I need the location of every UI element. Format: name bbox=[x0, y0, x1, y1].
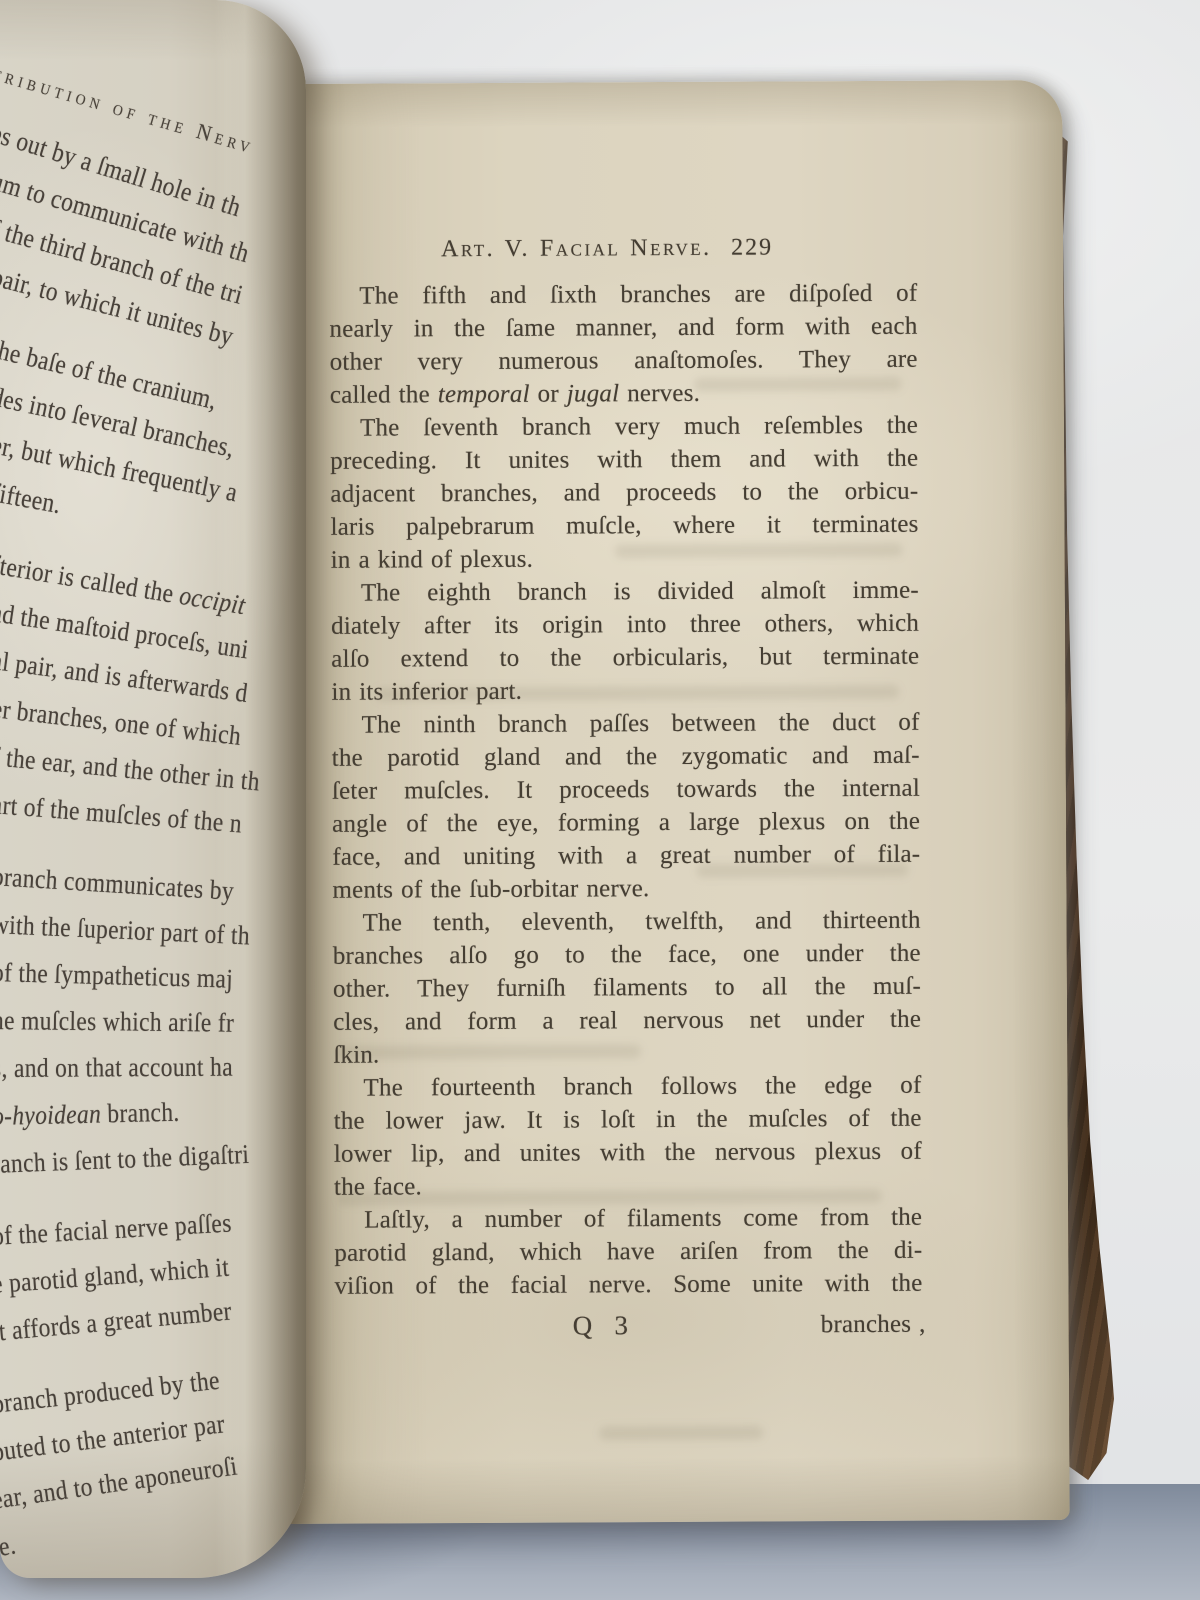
right-page-text-line: The ninth branch paſſes between the duct… bbox=[332, 706, 920, 742]
right-page-text-line: the lower jaw. It is loſt in the muſcles… bbox=[334, 1102, 922, 1138]
right-page-text-line: ments of the ſub-orbitar nerve. bbox=[332, 871, 920, 907]
right-page-text-line: adjacent branches, and proceeds to the o… bbox=[330, 475, 918, 511]
right-page-text-line: alſo extend to the orbicularis, but term… bbox=[331, 640, 919, 676]
right-page-text-line: Laſtly, a number of filaments come from … bbox=[334, 1201, 922, 1237]
right-page-footer: Q 3 branches , bbox=[335, 1308, 923, 1357]
right-page-text-line: The eighth branch is divided almoſt imme… bbox=[331, 574, 919, 610]
text-segment: called the bbox=[330, 381, 438, 409]
right-page-text-line: branches alſo go to the face, one under … bbox=[333, 937, 921, 973]
italic-term: jugal bbox=[567, 380, 620, 407]
right-page-text-line: other. They furniſh filaments to all the… bbox=[333, 970, 921, 1006]
right-page-text-line: angle of the eye, forming a large plexus… bbox=[332, 805, 920, 841]
right-page-text-line: lower lip, and unites with the nervous p… bbox=[334, 1135, 922, 1171]
right-page-text-line: face, and uniting with a great number of… bbox=[332, 838, 920, 874]
right-page-text-line: the parotid gland and the zygomatic and … bbox=[332, 739, 920, 775]
right-page-text-line: viſion of the facial nerve. Some unite w… bbox=[334, 1267, 922, 1303]
left-page-text-line: s, and on that account ha bbox=[0, 1042, 306, 1092]
left-page-lines: es out by a ſmall hole in thum to commun… bbox=[0, 108, 306, 1572]
right-page-text-line: laris palpebrarum muſcle, where it termi… bbox=[330, 508, 918, 544]
right-page-text-line: the face. bbox=[334, 1168, 922, 1204]
book-photograph: Art. V. Facial Nerve. 229 The fifth and … bbox=[0, 0, 1200, 1600]
right-page-text-line: cles, and form a real nervous net under … bbox=[333, 1003, 921, 1039]
right-page: Art. V. Facial Nerve. 229 The fifth and … bbox=[270, 80, 1070, 1524]
right-page-text-line: called the temporal or jugal nerves. bbox=[330, 376, 918, 412]
right-page-paragraphs: The fifth and ſixth branches are diſpoſe… bbox=[329, 277, 922, 1303]
right-page-text-block: Art. V. Facial Nerve. 229 The fifth and … bbox=[329, 231, 923, 1357]
right-page-header: Art. V. Facial Nerve. 229 bbox=[329, 231, 917, 280]
show-through-mark bbox=[599, 1426, 763, 1441]
right-page-text-line: The tenth, eleventh, twelfth, and thirte… bbox=[333, 904, 921, 940]
right-page-text-line: other very numerous anaſtomoſes. They ar… bbox=[330, 343, 918, 379]
page-number: 229 bbox=[731, 231, 773, 264]
right-page-text-line: in its inferior part. bbox=[331, 673, 919, 709]
right-page-text-line: nearly in the ſame manner, and form with… bbox=[329, 310, 917, 346]
text-segment: nerves. bbox=[619, 380, 700, 407]
right-page-text-line: ſkin. bbox=[333, 1036, 921, 1072]
right-page-text-line: in a kind of plexus. bbox=[331, 541, 919, 577]
left-page-text-block: tribution of the Nerv es out by a ſmall … bbox=[0, 44, 306, 1572]
left-page: tribution of the Nerv es out by a ſmall … bbox=[0, 0, 306, 1578]
right-page-text-line: The ſeventh branch very much reſembles t… bbox=[330, 409, 918, 445]
right-page-text-line: ſeter muſcles. It proceeds towards the i… bbox=[332, 772, 920, 808]
italic-term: temporal bbox=[438, 381, 530, 408]
text-segment: or bbox=[530, 381, 567, 408]
signature-mark: Q 3 bbox=[573, 1309, 635, 1342]
right-page-text-line: diately after its origin into three othe… bbox=[331, 607, 919, 643]
right-page-text-line: preceding. It unites with them and with … bbox=[330, 442, 918, 478]
catchword: branches , bbox=[821, 1308, 926, 1342]
article-title: Art. V. Facial Nerve. bbox=[441, 232, 712, 266]
right-page-text-line: The fifth and ſixth branches are diſpoſe… bbox=[329, 277, 917, 313]
right-page-text-line: parotid gland, which have ariſen from th… bbox=[334, 1234, 922, 1270]
right-page-text-line: The fourteenth branch follows the edge o… bbox=[333, 1069, 921, 1105]
left-page-text-line: he muſcles which ariſe fr bbox=[0, 996, 306, 1048]
